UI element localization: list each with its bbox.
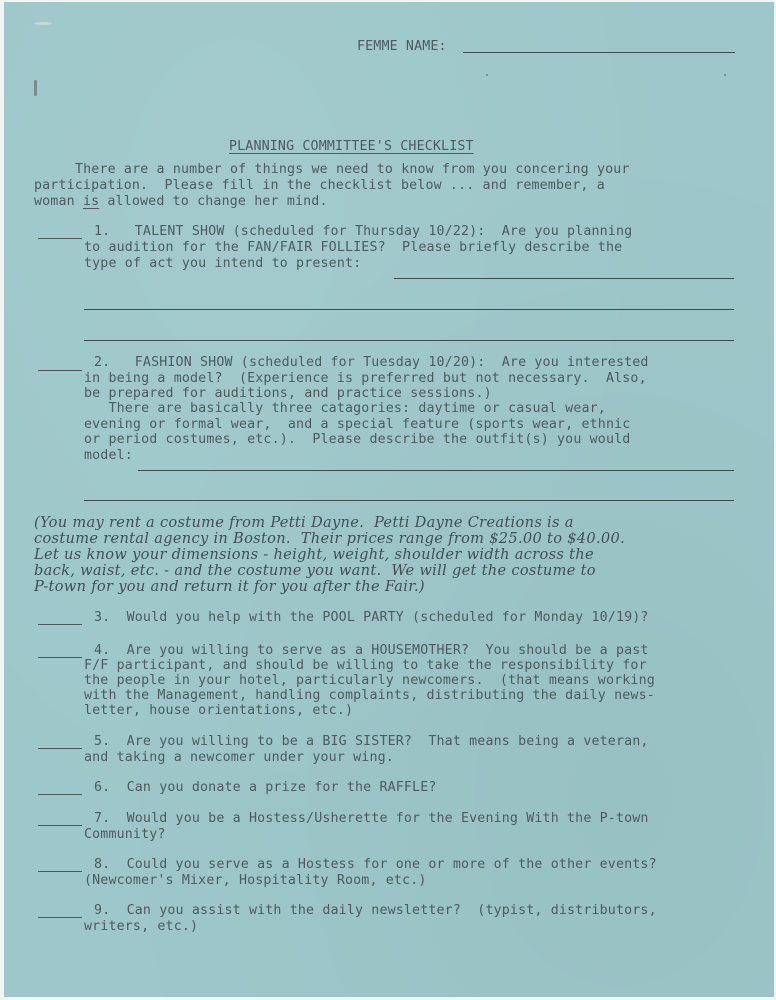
- item-1-line-3: type of act you intend to present:: [84, 256, 361, 272]
- item-9-line-1: 9. Can you assist with the daily newslet…: [94, 903, 657, 919]
- item-4-line-1: 4. Are you willing to serve as a HOUSEMO…: [94, 643, 649, 659]
- femme-name-field[interactable]: [463, 52, 735, 53]
- item-4-line-3: the people in your hotel, particularly n…: [84, 673, 655, 689]
- costume-note-line-3: Let us know your dimensions - height, we…: [34, 547, 594, 563]
- item-2-response-line-1[interactable]: [138, 470, 734, 471]
- item-6-answer-blank[interactable]: [38, 794, 82, 795]
- item-8-line-1: 8. Could you serve as a Hostess for one …: [94, 857, 657, 873]
- intro-line-1: There are a number of things we need to …: [75, 162, 630, 178]
- item-2-line-6: or period costumes, etc.). Please descri…: [84, 432, 630, 448]
- costume-note-line-1: (You may rent a costume from Petti Dayne…: [34, 515, 574, 531]
- checklist-page: FEMME NAME: PLANNING COMMITTEE'S CHECKLI…: [4, 2, 774, 997]
- item-8-line-2: (Newcomer's Mixer, Hospitality Room, etc…: [84, 873, 427, 889]
- costume-note-line-4: back, waist, etc. - and the costume you …: [34, 563, 596, 579]
- item-2-line-1: 2. FASHION SHOW (scheduled for Tuesday 1…: [94, 355, 649, 371]
- intro-emphasis: is: [83, 194, 99, 209]
- intro-line-3: woman is allowed to change her mind.: [34, 194, 328, 210]
- item-5-line-2: and taking a newcomer under your wing.: [84, 750, 394, 766]
- femme-name-label: FEMME NAME:: [357, 39, 447, 55]
- item-1-response-line-3[interactable]: [84, 340, 734, 341]
- item-1-answer-blank[interactable]: [38, 238, 82, 239]
- costume-note-line-5: P-town for you and return it for you aft…: [34, 579, 425, 595]
- item-6-line-1: 6. Can you donate a prize for the RAFFLE…: [94, 780, 437, 796]
- item-2-line-7: model:: [84, 448, 133, 464]
- item-7-line-2: Community?: [84, 827, 166, 843]
- item-1-response-line-1[interactable]: [394, 278, 734, 279]
- item-2-line-5: evening or formal wear, and a special fe…: [84, 417, 630, 433]
- item-2-line-3: be prepared for auditions, and practice …: [84, 386, 492, 402]
- item-8-answer-blank[interactable]: [38, 871, 82, 872]
- item-1-response-line-2[interactable]: [84, 309, 734, 310]
- paper-speck: [34, 80, 37, 96]
- paper-speck: [724, 74, 726, 76]
- intro-text: allowed to change her mind.: [99, 194, 327, 209]
- paper-speck: [486, 74, 488, 76]
- intro-text: woman: [34, 194, 83, 209]
- item-2-line-4: There are basically three catagories: da…: [84, 401, 606, 417]
- item-3-answer-blank[interactable]: [38, 624, 82, 625]
- item-7-answer-blank[interactable]: [38, 825, 82, 826]
- page-title: PLANNING COMMITTEE'S CHECKLIST: [229, 139, 474, 155]
- costume-note-line-2: costume rental agency in Boston. Their p…: [34, 531, 625, 547]
- item-4-line-4: with the Management, handling complaints…: [84, 688, 655, 704]
- item-2-line-2: in being a model? (Experience is preferr…: [84, 371, 647, 387]
- item-1-line-2: to audition for the FAN/FAIR FOLLIES? Pl…: [84, 240, 622, 256]
- item-9-line-2: writers, etc.): [84, 919, 198, 935]
- item-5-answer-blank[interactable]: [38, 748, 82, 749]
- item-2-response-line-2[interactable]: [84, 500, 734, 501]
- intro-line-2: participation. Please fill in the checkl…: [34, 178, 605, 194]
- item-2-answer-blank[interactable]: [38, 370, 82, 371]
- item-4-answer-blank[interactable]: [38, 657, 82, 658]
- item-9-answer-blank[interactable]: [38, 917, 82, 918]
- item-3-line-1: 3. Would you help with the POOL PARTY (s…: [94, 610, 649, 626]
- item-4-line-5: letter, house orientations, etc.): [84, 703, 353, 719]
- paper-speck: [34, 22, 52, 25]
- item-4-line-2: F/F participant, and should be willing t…: [84, 658, 647, 674]
- item-1-line-1: 1. TALENT SHOW (scheduled for Thursday 1…: [94, 224, 632, 240]
- item-7-line-1: 7. Would you be a Hostess/Usherette for …: [94, 811, 649, 827]
- item-5-line-1: 5. Are you willing to be a BIG SISTER? T…: [94, 734, 649, 750]
